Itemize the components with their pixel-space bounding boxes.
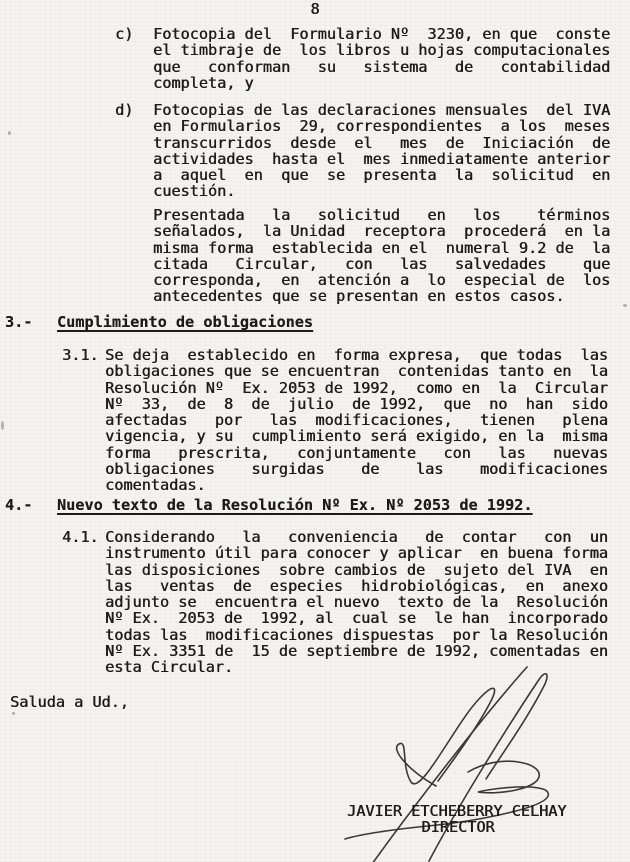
item-label-4-1: 4.1.: [62, 529, 99, 545]
item-4-1-text: Considerando la conveniencia de contar c…: [105, 529, 608, 676]
item-c-text: Fotocopia del Formulario Nº 3230, en que…: [153, 26, 610, 91]
section-3-title: Cumplimiento de obligaciones: [57, 314, 313, 330]
signatory-title: DIRECTOR: [347, 819, 569, 835]
signature-stroke-loop: [397, 688, 495, 786]
section-4-number: 4.-: [5, 497, 32, 513]
paragraph-presentada: Presentada la solicitud en los términos …: [153, 207, 610, 305]
signatory-name: JAVIER ETCHEBERRY CELHAY: [347, 803, 566, 819]
item-label-3-1: 3.1.: [62, 347, 99, 363]
closing-salutation: Saluda a Ud.,: [10, 694, 129, 710]
item-label-c: c): [115, 26, 133, 42]
page-number: 8: [0, 1, 630, 17]
section-4-title: Nuevo texto de la Resolución Nº Ex. Nº 2…: [57, 497, 532, 513]
item-3-1-text: Se deja establecido en forma expresa, qu…: [105, 347, 608, 494]
scan-speck: [8, 131, 11, 135]
item-d-text: Fotocopias de las declaraciones mensuale…: [153, 102, 610, 200]
scanned-document-page: 8 c) Fotocopia del Formulario Nº 3230, e…: [0, 0, 630, 862]
scan-speck: [12, 712, 15, 715]
section-3-number: 3.-: [5, 314, 32, 330]
item-label-d: d): [115, 102, 133, 118]
scan-speck: [1, 421, 4, 430]
scan-speck: [623, 304, 627, 307]
